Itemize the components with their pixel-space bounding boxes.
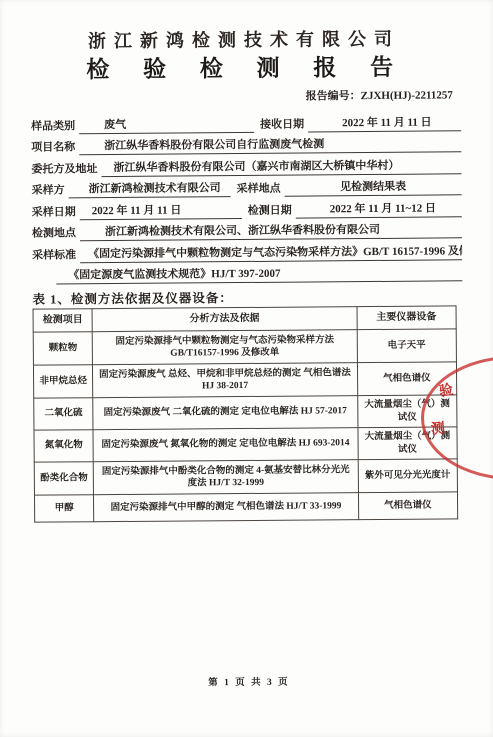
form-row-sampling-standard: 采样标准 《固定污染源排气中颗粒物测定与气态污染物采样方法》GB/T 16157… [32, 238, 462, 263]
instrument-cell: 气相色谱仪 [358, 492, 458, 520]
instrument-cell: 紫外可见分光光度计 [358, 459, 458, 493]
test-item-cell: 酚类化合物 [34, 462, 93, 495]
project-name-label: 项目名称 [31, 140, 79, 155]
sampling-date-label: 采样日期 [32, 205, 80, 220]
client-label: 委托方及地址 [31, 162, 101, 178]
report-number-value: ZJXH(HJ)-2211257 [361, 89, 453, 102]
method-basis-cell: 固定污染源废气 二氧化硫的测定 定电位电解法 HJ 57-2017 [93, 396, 358, 430]
test-item-cell: 氮氧化物 [34, 430, 93, 462]
sampling-site-label: 采样地点 [231, 182, 285, 197]
project-name-value: 浙江纵华香料股份有限公司自行监测废气检测 [79, 136, 461, 155]
test-item-cell: 甲醇 [34, 495, 93, 522]
test-item-cell: 非甲烷总烃 [33, 365, 92, 398]
page-number: 第 1 页 共 3 页 [2, 672, 493, 690]
method-basis-cell: 固定污染源排气中甲醇的测定 气相色谱法 HJ/T 33-1999 [94, 493, 359, 522]
sampler-value: 浙江新鸿检测技术有限公司 [69, 181, 231, 198]
sampling-standard-value-line2: 《固定源废气监测技术规范》HJ/T 397-2007 [56, 265, 462, 284]
method-basis-cell: 固定污染源废气 总烃、甲烷和非甲烷总烃的测定 气相色谱法 HJ 38-2017 [93, 363, 358, 398]
instrument-cell: 电子天平 [357, 329, 457, 363]
form-row-sampler: 采样方 浙江新鸿检测技术有限公司 采样地点 见检测结果表 [31, 174, 461, 199]
report-info-form: 样品类别 废气 接收日期 2022 年 11 月 11 日 项目名称 浙江纵华香… [31, 109, 462, 284]
sample-type-label: 样品类别 [31, 119, 79, 134]
form-row-project-name: 项目名称 浙江纵华香料股份有限公司自行监测废气检测 [31, 131, 461, 156]
form-row-sample-type: 样品类别 废气 接收日期 2022 年 11 月 11 日 [31, 109, 461, 134]
methods-table-body: 颗粒物 固定污染源排气中颗粒物测定与气态污染物采样方法 GB/T16157-19… [33, 329, 457, 522]
test-site-value: 浙江新鸿检测技术有限公司、浙江纵华香料股份有限公司 [80, 222, 462, 241]
report-number-label: 报告编号： [306, 90, 361, 102]
table1-title: 表 1、检测方法依据及仪器设备： [32, 288, 233, 308]
instrument-cell: 气相色谱仪 [357, 362, 457, 396]
methods-table-row: 氮氧化物 固定污染源废气 氮氧化物的测定 定电位电解法 HJ 693-2014 … [34, 427, 457, 462]
form-row-test-site: 检测地点 浙江新鸿检测技术有限公司、浙江纵华香料股份有限公司 [32, 217, 462, 242]
sampling-standard-value-line1: 《固定污染源排气中颗粒物测定与气态污染物采样方法》GB/T 16157-1996… [80, 244, 462, 263]
methods-table-row: 酚类化合物 固定污染源排气中酚类化合物的测定 4-氨基安替比林分光光度法 HJ/… [34, 459, 457, 495]
form-row-sampling-standard-cont: 《固定源废气监测技术规范》HJ/T 397-2007 [32, 260, 462, 285]
methods-table-header-row: 检测项目 分析方法及依据 主要仪器设备 [33, 306, 456, 332]
test-date-value: 2022 年 11 月 11~12 日 [296, 201, 462, 218]
methods-table-row: 二氧化硫 固定污染源废气 二氧化硫的测定 定电位电解法 HJ 57-2017 大… [34, 395, 457, 430]
method-basis-cell: 固定污染源废气 氮氧化物的测定 定电位电解法 HJ 693-2014 [93, 428, 358, 462]
method-basis-cell: 固定污染源排气中酚类化合物的测定 4-氨基安替比林分光光度法 HJ/T 32-1… [93, 460, 358, 495]
sample-type-value: 废气 [79, 116, 254, 133]
instrument-cell: 大流量烟尘（气）测试仪 [357, 395, 457, 428]
form-row-client: 委托方及地址 浙江纵华香料股份有限公司（嘉兴市南湖区大桥镇中华村） [31, 152, 461, 177]
client-value: 浙江纵华香料股份有限公司（嘉兴市南湖区大桥镇中华村） [101, 158, 461, 177]
col-header-item: 检测项目 [33, 309, 92, 332]
sampling-site-value: 见检测结果表 [285, 179, 462, 196]
method-basis-cell: 固定污染源排气中颗粒物测定与气态污染物采样方法 GB/T16157-1996 及… [92, 330, 357, 365]
test-date-label: 检测日期 [242, 203, 296, 218]
test-item-cell: 颗粒物 [33, 332, 92, 365]
col-header-method: 分析方法及依据 [92, 307, 357, 332]
sampler-label: 采样方 [32, 183, 69, 198]
col-header-instrument: 主要仪器设备 [357, 306, 457, 330]
sampling-standard-label: 采样标准 [32, 248, 80, 263]
sampling-date-value: 2022 年 11 月 11 日 [80, 203, 242, 220]
test-site-label: 检测地点 [32, 226, 80, 241]
form-row-sampling-date: 采样日期 2022 年 11 月 11 日 检测日期 2022 年 11 月 1… [32, 195, 462, 220]
methods-table-row: 颗粒物 固定污染源排气中颗粒物测定与气态污染物采样方法 GB/T16157-19… [33, 329, 456, 365]
test-item-cell: 二氧化硫 [34, 398, 93, 430]
instrument-cell: 大流量烟尘（气）测试仪 [358, 427, 458, 460]
report-page: 浙江新鸿检测技术有限公司 检 验 检 测 报 告 报告编号：ZJXH(HJ)-2… [0, 0, 493, 737]
receive-date-label: 接收日期 [254, 117, 308, 132]
receive-date-value: 2022 年 11 月 11 日 [308, 115, 461, 132]
report-number: 报告编号：ZJXH(HJ)-2211257 [0, 86, 453, 106]
methods-table: 检测项目 分析方法及依据 主要仪器设备 颗粒物 固定污染源排气中颗粒物测定与气态… [33, 305, 459, 522]
methods-table-row: 甲醇 固定污染源排气中甲醇的测定 气相色谱法 HJ/T 33-1999 气相色谱… [34, 492, 457, 522]
methods-table-row: 非甲烷总烃 固定污染源废气 总烃、甲烷和非甲烷总烃的测定 气相色谱法 HJ 38… [33, 362, 456, 398]
report-title: 检 验 检 测 报 告 [0, 48, 491, 85]
